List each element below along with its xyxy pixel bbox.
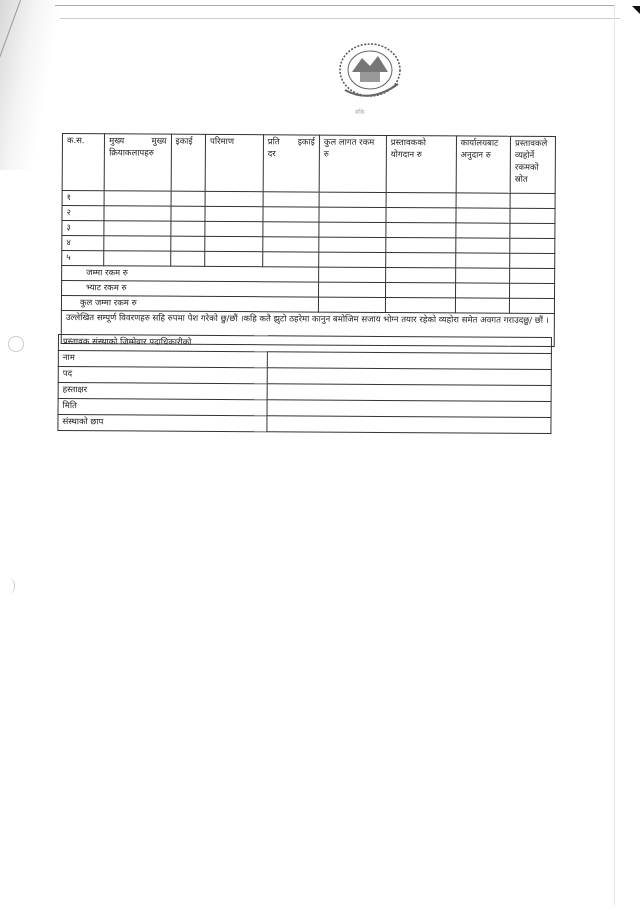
cell[interactable] xyxy=(104,251,170,266)
cell[interactable] xyxy=(205,191,263,206)
header-text: परिमाण xyxy=(210,137,234,147)
cell[interactable] xyxy=(455,208,510,223)
field-label-name: नाम xyxy=(58,351,267,368)
subtotal-label: जम्मा रकम रु xyxy=(62,266,319,283)
header-office-grant: कार्यालयबाटअनुदान रु xyxy=(456,136,511,193)
row-number: ४ xyxy=(62,236,104,251)
cell[interactable] xyxy=(455,253,510,268)
cell[interactable] xyxy=(205,206,263,221)
cell[interactable] xyxy=(455,298,510,313)
cell[interactable] xyxy=(510,193,555,208)
field-label-signature: हस्ताक्षर xyxy=(58,383,267,400)
cell[interactable] xyxy=(319,207,386,222)
signatory-row: संस्थाको छाप xyxy=(58,415,551,434)
header-text: कार्यालयबाट xyxy=(460,138,498,148)
cell[interactable] xyxy=(318,267,385,282)
cell[interactable] xyxy=(104,236,170,251)
header-text: मुख्य xyxy=(151,136,166,148)
cell[interactable] xyxy=(386,237,456,252)
cell[interactable] xyxy=(456,193,511,208)
header-text: दर xyxy=(268,149,276,159)
page-top-edge-2 xyxy=(60,18,620,19)
header-text: प्रति xyxy=(268,136,280,148)
header-unit: इकाई xyxy=(171,134,206,191)
cell[interactable] xyxy=(263,237,319,252)
row-number: २ xyxy=(62,206,104,221)
cell[interactable] xyxy=(205,236,263,251)
cell[interactable] xyxy=(510,208,555,223)
cell[interactable] xyxy=(205,221,263,236)
cell[interactable] xyxy=(386,207,456,222)
cell[interactable] xyxy=(318,297,385,312)
cell[interactable] xyxy=(385,282,455,297)
header-quantity: परिमाण xyxy=(205,134,263,191)
table-header-row: क.स. मुख्यमुख्यक्रियाकलापहरु इकाई परिमाण… xyxy=(62,134,555,194)
cell[interactable] xyxy=(510,223,555,238)
cell[interactable] xyxy=(318,282,385,297)
cell[interactable] xyxy=(171,206,206,221)
header-text: प्रस्तावकको xyxy=(391,138,426,148)
header-text: कुल लागत रकम xyxy=(324,138,374,148)
cell[interactable] xyxy=(171,191,206,206)
header-activities: मुख्यमुख्यक्रियाकलापहरु xyxy=(104,134,171,191)
header-serial: क.स. xyxy=(62,134,105,191)
row-number: १ xyxy=(62,191,104,206)
cell[interactable] xyxy=(510,253,555,268)
cell[interactable] xyxy=(455,223,510,238)
cell[interactable] xyxy=(319,237,386,252)
grand-total-label: कुल जम्मा रकम रु xyxy=(61,296,318,313)
page-right-edge xyxy=(614,5,615,905)
punch-hole-icon xyxy=(8,336,24,352)
header-text: मुख्य xyxy=(109,135,124,147)
cell[interactable] xyxy=(455,283,510,298)
cell[interactable] xyxy=(104,221,170,236)
header-text: व्यहोर्ने रकमको स्रोत xyxy=(515,151,539,185)
header-total-cost: कुल लागत रकमरु xyxy=(319,135,386,192)
cell[interactable] xyxy=(319,192,386,207)
cell[interactable] xyxy=(104,206,170,221)
header-text: रु xyxy=(324,150,329,160)
field-label-position: पद xyxy=(58,367,267,384)
page-top-edge xyxy=(55,5,615,6)
budget-table: क.स. मुख्यमुख्यक्रियाकलापहरु इकाई परिमाण… xyxy=(61,133,556,347)
cell[interactable] xyxy=(455,268,510,283)
cell[interactable] xyxy=(170,221,205,236)
cell[interactable] xyxy=(263,207,319,222)
scan-shadow xyxy=(0,0,60,170)
header-proposer-contribution: प्रस्तावककोयोगदान रु xyxy=(386,135,456,192)
cell[interactable] xyxy=(510,298,555,313)
header-unit-rate: प्रतिइकाईदर xyxy=(263,135,319,192)
field-value-position[interactable] xyxy=(267,368,551,386)
cell[interactable] xyxy=(205,251,263,266)
header-text: क्रियाकलापहरु xyxy=(109,148,154,158)
header-text: क.स. xyxy=(67,136,85,146)
cell[interactable] xyxy=(104,191,170,206)
vat-label: भ्याट रकम रु xyxy=(62,281,319,298)
cell[interactable] xyxy=(263,252,319,267)
cell[interactable] xyxy=(263,192,319,207)
cell[interactable] xyxy=(385,267,455,282)
cell[interactable] xyxy=(510,238,555,253)
header-fund-source: प्रस्तावकलेव्यहोर्ने रकमको स्रोत xyxy=(510,136,555,193)
header-text: इकाई xyxy=(298,136,315,148)
office-seal-icon xyxy=(330,40,410,102)
field-value-signature[interactable] xyxy=(267,384,551,402)
header-text: इकाई xyxy=(175,137,192,147)
field-label-stamp: संस्थाको छाप xyxy=(58,415,267,432)
signatory-table: प्रस्तावक संस्थाको जिम्मेवार पदाधिकारीको… xyxy=(57,334,552,434)
cell[interactable] xyxy=(263,222,319,237)
cell[interactable] xyxy=(385,297,455,312)
cell[interactable] xyxy=(510,268,555,283)
seal-caption: बाँके xyxy=(355,108,365,116)
cell[interactable] xyxy=(510,283,555,298)
cell[interactable] xyxy=(386,252,456,267)
cell[interactable] xyxy=(386,222,456,237)
row-number: ३ xyxy=(62,221,104,236)
header-text: अनुदान रु xyxy=(460,150,490,160)
field-value-date[interactable] xyxy=(267,400,551,418)
header-text: प्रस्तावकले xyxy=(515,139,547,149)
cell[interactable] xyxy=(170,236,205,251)
cell[interactable] xyxy=(170,251,205,266)
row-number: ५ xyxy=(62,251,104,266)
punch-hole-icon xyxy=(4,578,15,594)
corner-mark-icon xyxy=(632,6,640,14)
cell[interactable] xyxy=(386,192,456,207)
cell[interactable] xyxy=(455,238,510,253)
header-text: योगदान रु xyxy=(391,150,422,160)
cell[interactable] xyxy=(319,222,386,237)
field-value-name[interactable] xyxy=(267,352,551,370)
cell[interactable] xyxy=(319,252,386,267)
field-value-stamp[interactable] xyxy=(267,416,551,434)
field-label-date: मिति xyxy=(58,399,267,416)
